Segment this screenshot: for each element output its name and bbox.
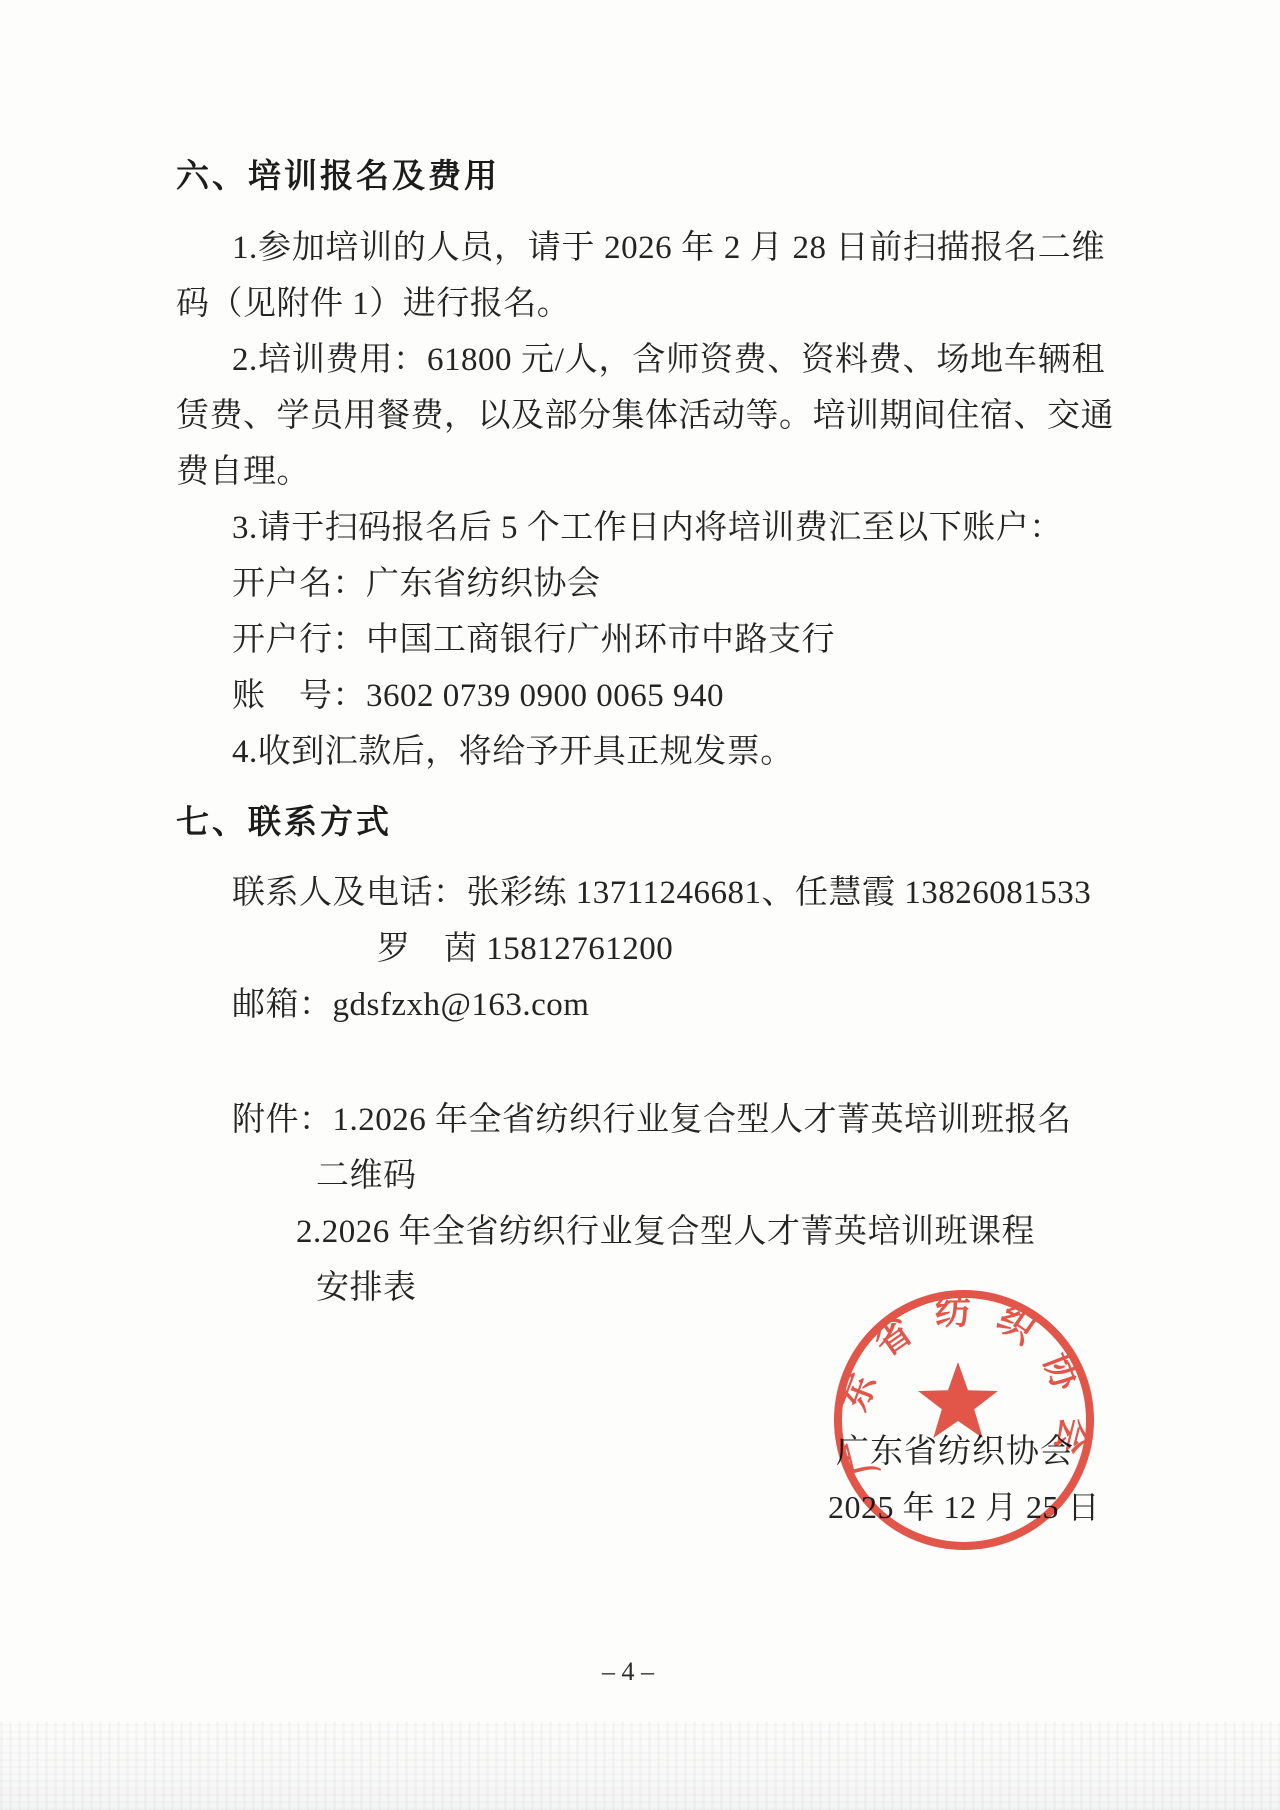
account-name-line: 开户名：广东省纺织协会 bbox=[176, 556, 1105, 612]
section6-heading: 六、培训报名及费用 bbox=[176, 148, 1105, 204]
document-body: 六、培训报名及费用 1.参加培训的人员，请于 2026 年 2 月 28 日前扫… bbox=[176, 0, 1105, 1316]
star-icon bbox=[918, 1362, 998, 1438]
page-number: – 4 – bbox=[0, 1652, 1268, 1692]
attachments-line3: 2.2026 年全省纺织行业复合型人才菁英培训班课程 bbox=[176, 1204, 1105, 1260]
para1-line2: 码（见附件 1）进行报名。 bbox=[176, 276, 1105, 332]
email-line: 邮箱：gdsfzxh@163.com bbox=[176, 977, 1105, 1033]
contacts-line1: 联系人及电话：张彩练 13711246681、任慧霞 13826081533 bbox=[176, 865, 1105, 921]
attachments-line1: 附件：1.2026 年全省纺织行业复合型人才菁英培训班报名 bbox=[176, 1092, 1105, 1148]
account-number-line: 账 号：3602 0739 0900 0065 940 bbox=[176, 668, 1105, 724]
para2-line3: 费自理。 bbox=[176, 444, 1105, 500]
attachments-line2: 二维码 bbox=[176, 1148, 1105, 1204]
para3-line: 3.请于扫码报名后 5 个工作日内将培训费汇至以下账户： bbox=[176, 500, 1105, 556]
official-seal-stamp: 广东省纺织协会 bbox=[826, 1282, 1102, 1558]
scan-noise-band bbox=[0, 1722, 1280, 1810]
contacts-line2: 罗 茵 15812761200 bbox=[176, 921, 1105, 977]
para2-line2: 赁费、学员用餐费，以及部分集体活动等。培训期间住宿、交通 bbox=[176, 388, 1105, 444]
para4-line: 4.收到汇款后，将给予开具正规发票。 bbox=[176, 724, 1105, 780]
para2-line1: 2.培训费用：61800 元/人，含师资费、资料费、场地车辆租 bbox=[176, 332, 1105, 388]
para1-line1: 1.参加培训的人员，请于 2026 年 2 月 28 日前扫描报名二维 bbox=[176, 220, 1105, 276]
section7-heading: 七、联系方式 bbox=[176, 794, 1105, 850]
account-bank-line: 开户行：中国工商银行广州环市中路支行 bbox=[176, 612, 1105, 668]
document-page: 六、培训报名及费用 1.参加培训的人员，请于 2026 年 2 月 28 日前扫… bbox=[0, 0, 1280, 1810]
